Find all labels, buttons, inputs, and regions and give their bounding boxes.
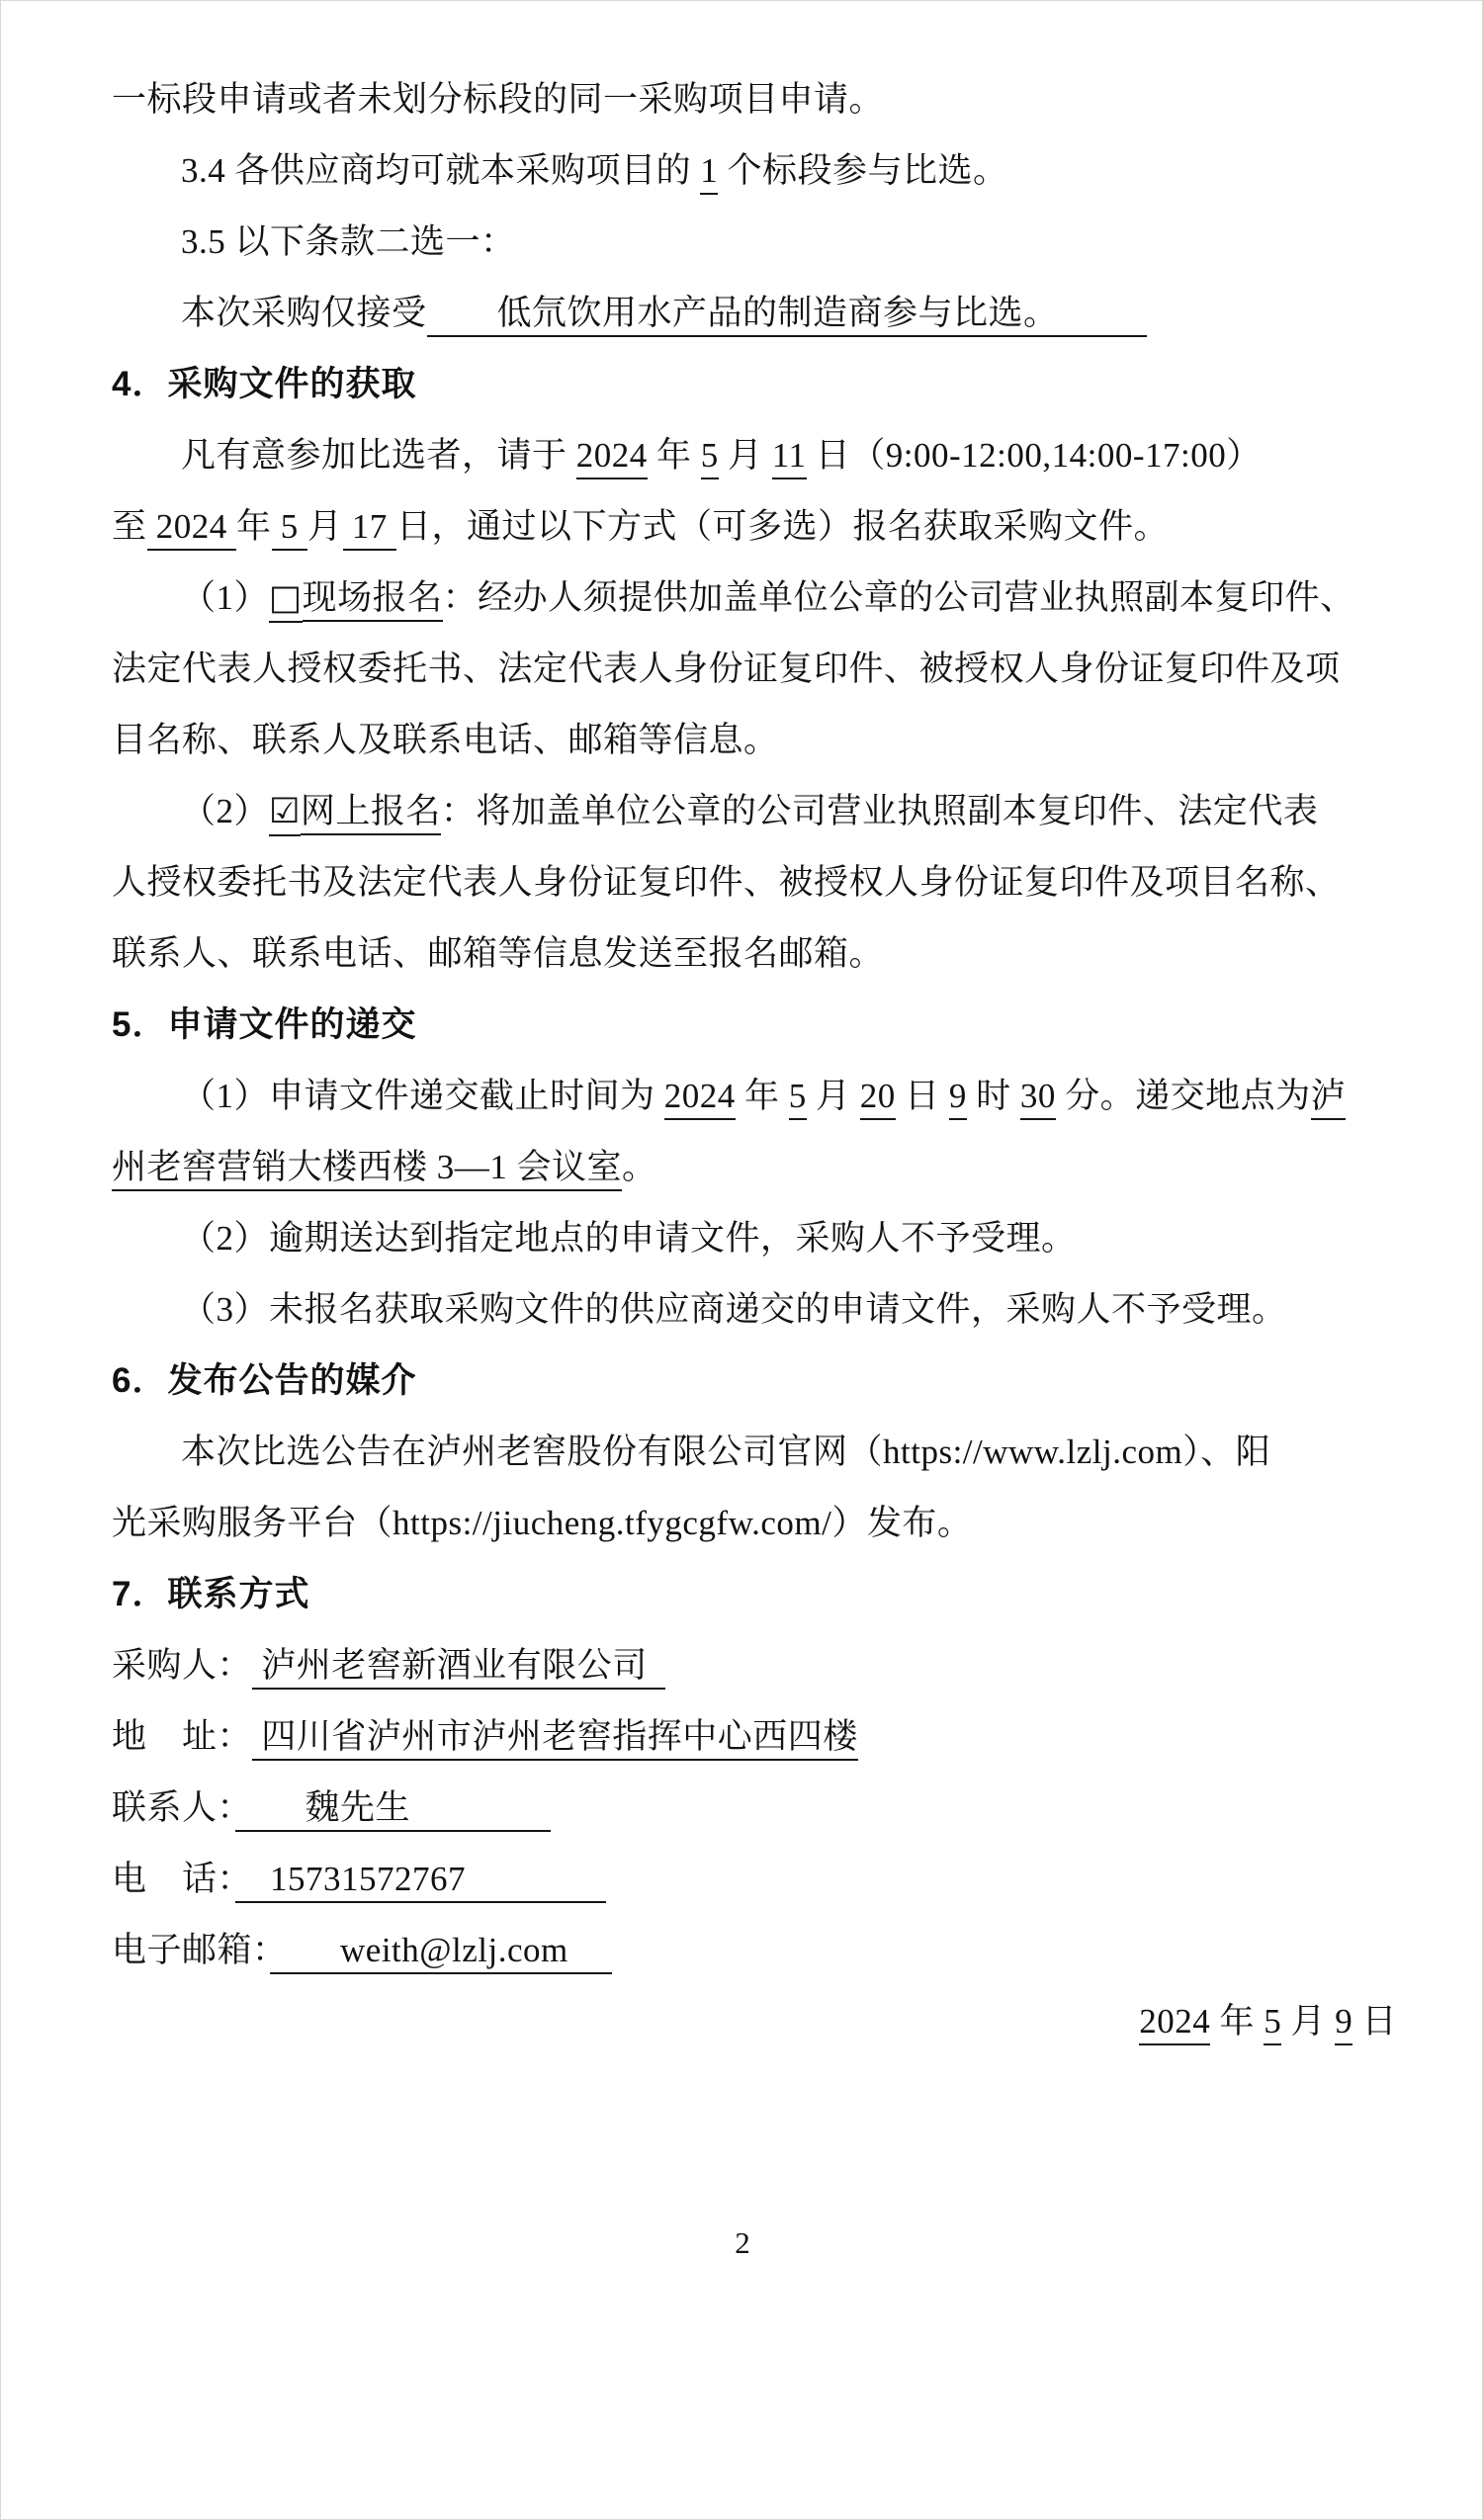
page-number: 2 — [1, 2225, 1483, 2261]
text-segment: （2）逾期送达到指定地点的申请文件，采购人不予受理。 — [181, 1219, 1077, 1258]
text-segment: 联系人、联系电话、邮箱等信息发送至报名邮箱。 — [112, 934, 884, 973]
text-segment: 6．发布公告的媒介 — [112, 1361, 416, 1400]
text-segment: 年 — [1210, 2002, 1264, 2041]
text-segment: 月 — [1281, 2002, 1335, 2041]
text-segment: 日（9:00-12:00,14:00-17:00） — [807, 436, 1262, 475]
text-segment: 泸 — [1311, 1077, 1347, 1120]
text-segment: 凡有意参加比选者，请于 — [181, 436, 576, 475]
doc-line: 采购人： 泸州老窖新酒业有限公司 — [112, 1630, 1415, 1701]
text-segment: （3）未报名获取采购文件的供应商递交的申请文件，采购人不予受理。 — [181, 1290, 1287, 1329]
doc-line: 州老窖营销大楼西楼 3—1 会议室。 — [112, 1132, 1415, 1203]
text-segment: （1）申请文件递交截止时间为 — [181, 1077, 664, 1115]
text-segment: 5 — [701, 436, 719, 479]
text-segment: 年 — [236, 507, 272, 546]
text-segment: 月 — [307, 507, 343, 546]
doc-line: 地 址： 四川省泸州市泸州老窖指挥中心西四楼 — [112, 1701, 1415, 1773]
doc-line: 3.5 以下条款二选一： — [112, 207, 1415, 278]
doc-line: 电 话： 15731572767 — [112, 1844, 1415, 1915]
text-segment: 个标段参与比选。 — [718, 151, 1007, 190]
doc-line: 2024 年 5 月 9 日 — [112, 1986, 1415, 2057]
text-segment: 州老窖营销大楼西楼 3—1 会议室 — [112, 1148, 622, 1191]
text-segment: 魏先生 — [235, 1788, 552, 1832]
text-segment: 分。递交地点为 — [1056, 1077, 1311, 1115]
doc-line: 人授权委托书及法定代表人身份证复印件、被授权人身份证复印件及项目名称、 — [112, 847, 1415, 918]
text-segment: 5 — [272, 507, 308, 551]
doc-line: （2）☑网上报名：将加盖单位公章的公司营业执照副本复印件、法定代表 — [112, 776, 1415, 847]
text-segment: 15731572767 — [235, 1860, 607, 1903]
checkbox-unchecked-icon: □ — [269, 578, 303, 623]
text-segment: 光采购服务平台（https://jiucheng.tfygcgfw.com/）发… — [112, 1504, 972, 1542]
text-segment: 地 址： — [112, 1717, 252, 1756]
doc-line: （1）□现场报名：经办人须提供加盖单位公章的公司营业执照副本复印件、 — [112, 563, 1415, 634]
text-segment: 目名称、联系人及联系电话、邮箱等信息。 — [112, 721, 779, 759]
text-segment: 2024 — [576, 436, 648, 479]
text-segment: 现场报名 — [303, 578, 443, 622]
text-segment: 5 — [1264, 2002, 1281, 2045]
text-segment: 3.4 各供应商均可就本采购项目的 — [181, 151, 700, 190]
doc-line: 一标段申请或者未划分标段的同一采购项目申请。 — [112, 64, 1415, 135]
text-segment: 日 — [896, 1077, 949, 1115]
doc-line: 至 2024 年 5 月 17 日，通过以下方式（可多选）报名获取采购文件。 — [112, 491, 1415, 563]
text-segment: 泸州老窖新酒业有限公司 — [252, 1646, 665, 1690]
text-segment: 本次比选公告在泸州老窖股份有限公司官网（https://www.lzlj.com… — [181, 1433, 1270, 1471]
text-segment: 低氘饮用水产品的制造商参与比选。 — [427, 294, 1147, 337]
text-segment: 4．采购文件的获取 — [112, 365, 416, 403]
text-segment: 至 — [112, 507, 147, 546]
text-segment: 本次采购仅接受 — [181, 294, 427, 332]
section-heading: 7．联系方式 — [112, 1559, 1415, 1630]
text-segment: 7．联系方式 — [112, 1575, 309, 1613]
text-segment: （1） — [181, 578, 269, 617]
text-segment: 2024 — [1139, 2002, 1210, 2045]
document-page: 一标段申请或者未划分标段的同一采购项目申请。3.4 各供应商均可就本采购项目的 … — [0, 0, 1483, 2520]
text-segment: 月 — [719, 436, 772, 475]
doc-line: 目名称、联系人及联系电话、邮箱等信息。 — [112, 705, 1415, 776]
text-segment: weith@lzlj.com — [270, 1931, 612, 1974]
text-segment: 一标段申请或者未划分标段的同一采购项目申请。 — [112, 80, 884, 119]
doc-line: 本次比选公告在泸州老窖股份有限公司官网（https://www.lzlj.com… — [112, 1417, 1415, 1488]
text-segment: 年 — [648, 436, 701, 475]
text-segment: 2024 — [664, 1077, 736, 1120]
text-segment: （2） — [181, 792, 269, 830]
text-segment: 网上报名 — [301, 792, 441, 835]
text-segment: 5．申请文件的递交 — [112, 1005, 416, 1044]
section-heading: 5．申请文件的递交 — [112, 990, 1415, 1061]
section-heading: 6．发布公告的媒介 — [112, 1346, 1415, 1417]
doc-line: （1）申请文件递交截止时间为 2024 年 5 月 20 日 9 时 30 分。… — [112, 1061, 1415, 1132]
doc-line: 凡有意参加比选者，请于 2024 年 5 月 11 日（9:00-12:00,1… — [112, 420, 1415, 491]
text-segment: 9 — [1335, 2002, 1352, 2045]
text-segment: 日 — [1352, 2002, 1397, 2041]
text-segment: 时 — [967, 1077, 1020, 1115]
text-segment: 11 — [772, 436, 807, 479]
doc-line: （3）未报名获取采购文件的供应商递交的申请文件，采购人不予受理。 — [112, 1274, 1415, 1346]
doc-line: 电子邮箱： weith@lzlj.com — [112, 1915, 1415, 1986]
doc-line: （2）逾期送达到指定地点的申请文件，采购人不予受理。 — [112, 1203, 1415, 1274]
doc-line: 联系人、联系电话、邮箱等信息发送至报名邮箱。 — [112, 918, 1415, 990]
doc-line: 联系人： 魏先生 — [112, 1773, 1415, 1844]
text-segment: 人授权委托书及法定代表人身份证复印件、被授权人身份证复印件及项目名称、 — [112, 863, 1341, 902]
checkbox-checked-icon: ☑ — [269, 792, 301, 836]
text-segment: ：经办人须提供加盖单位公章的公司营业执照副本复印件、 — [443, 578, 1355, 617]
text-segment: 采购人： — [112, 1646, 252, 1685]
doc-line: 3.4 各供应商均可就本采购项目的 1 个标段参与比选。 — [112, 135, 1415, 207]
text-segment: 17 — [343, 507, 397, 551]
doc-line: 光采购服务平台（https://jiucheng.tfygcgfw.com/）发… — [112, 1488, 1415, 1559]
text-segment: ：将加盖单位公章的公司营业执照副本复印件、法定代表 — [441, 792, 1319, 830]
text-segment: 月 — [807, 1077, 860, 1115]
text-segment: 日，通过以下方式（可多选）报名获取采购文件。 — [396, 507, 1169, 546]
text-segment: 。 — [622, 1148, 657, 1186]
text-segment: 3.5 以下条款二选一： — [181, 222, 516, 261]
doc-line: 本次采购仅接受 低氘饮用水产品的制造商参与比选。 — [112, 278, 1415, 349]
text-segment: 年 — [736, 1077, 789, 1115]
text-segment: 30 — [1020, 1077, 1056, 1120]
text-segment: 1 — [700, 151, 718, 195]
text-segment: 9 — [949, 1077, 967, 1120]
doc-line: 法定代表人授权委托书、法定代表人身份证复印件、被授权人身份证复印件及项 — [112, 634, 1415, 705]
text-segment: 2024 — [147, 507, 237, 551]
text-segment: 四川省泸州市泸州老窖指挥中心西四楼 — [252, 1717, 858, 1761]
text-segment: 联系人： — [112, 1788, 235, 1827]
text-segment: 5 — [789, 1077, 807, 1120]
text-segment: 电 话： — [112, 1860, 235, 1898]
document-body: 一标段申请或者未划分标段的同一采购项目申请。3.4 各供应商均可就本采购项目的 … — [112, 64, 1415, 2057]
text-segment: 电子邮箱： — [112, 1931, 270, 1969]
text-segment: 20 — [860, 1077, 896, 1120]
section-heading: 4．采购文件的获取 — [112, 349, 1415, 420]
text-segment: 法定代表人授权委托书、法定代表人身份证复印件、被授权人身份证复印件及项 — [112, 650, 1341, 688]
